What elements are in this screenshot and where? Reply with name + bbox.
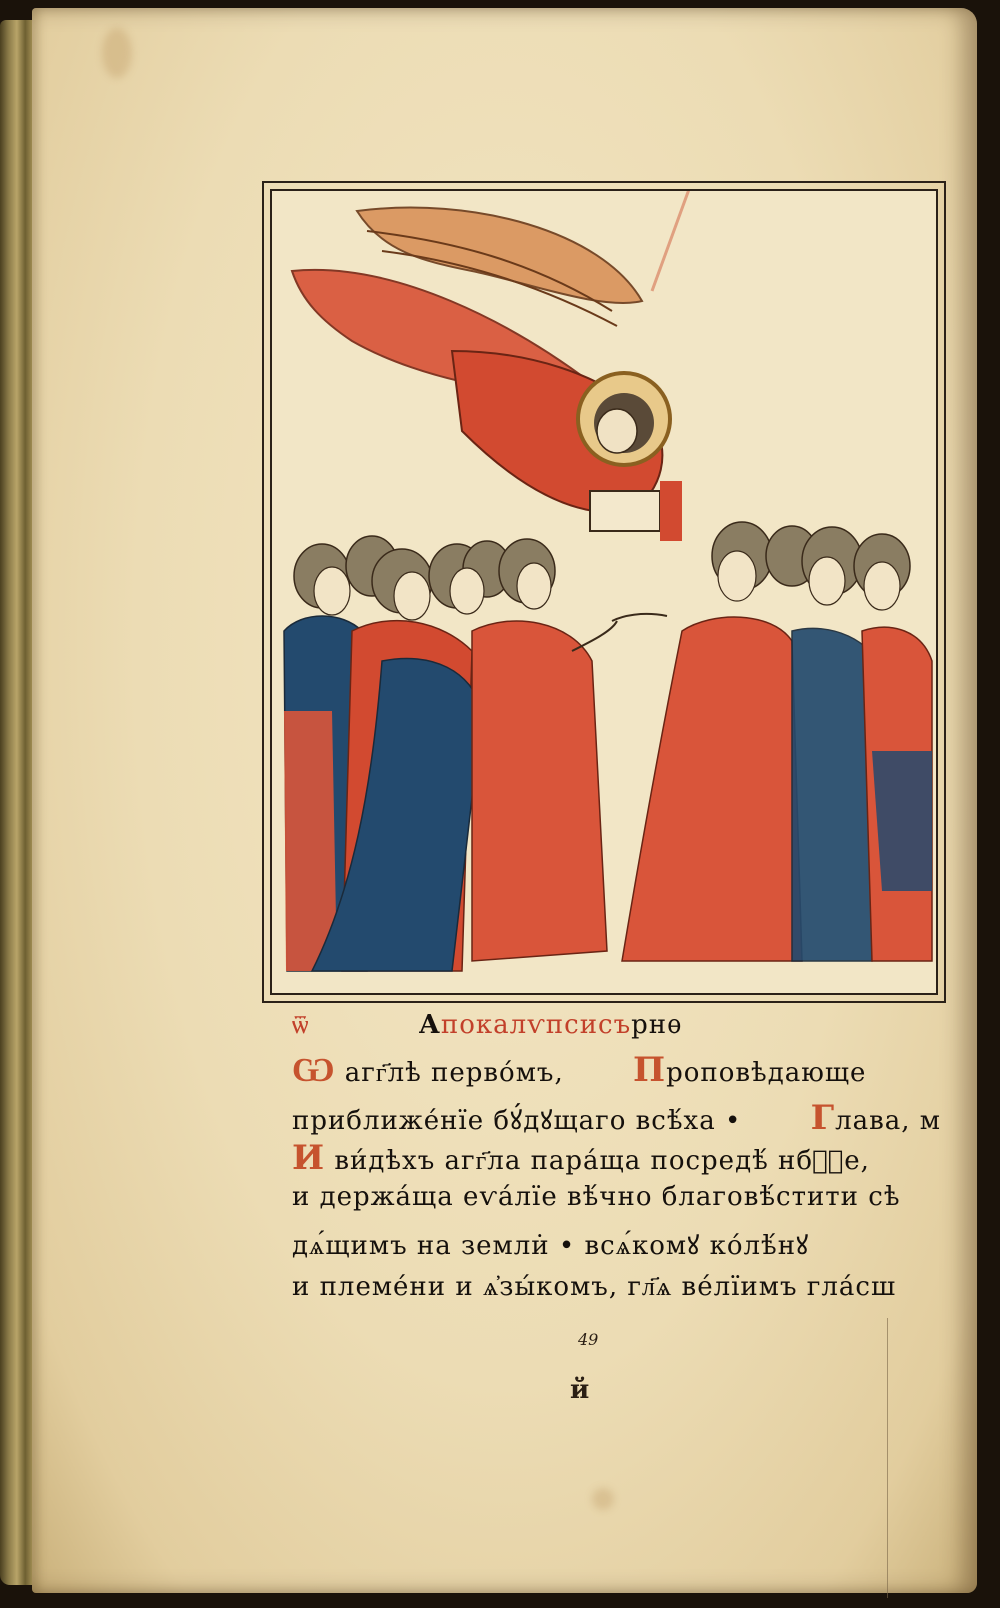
text-line-2: приближе́нїе бꙋ́дꙋщаго всѣ́ха • Глава, м <box>292 1098 941 1138</box>
heading-suffix: рнѳ <box>631 1010 682 1040</box>
text-line-6: и племе́ни и ѧ҆зы́комъ, гл҃ѧ ве́лїимъ гл… <box>292 1272 896 1302</box>
line-text: ви́дѣхъ агг҃ла пара́ща посредѣ́ нбⷭ҇е, <box>334 1146 869 1176</box>
text-line-4: и держа́ща еѵа́лїе вѣ́чно благовѣ́стити … <box>292 1182 901 1212</box>
heading-black-initial: А <box>419 1010 441 1040</box>
rubric-initial: Г <box>811 1098 835 1138</box>
drop-initial: Ѡ <box>292 1050 336 1090</box>
page-number: 49 <box>578 1330 598 1349</box>
line-text: лава, м <box>835 1106 941 1136</box>
stain <box>102 28 132 78</box>
miniature-illustration <box>270 189 938 995</box>
text-line-1: Ѡ агг҃лѣ перво́мъ, Проповѣдающе <box>292 1050 866 1090</box>
line-text: приближе́нїе бꙋ́дꙋщаго всѣ́ха • <box>292 1106 741 1136</box>
text-line-5: дѧ́щимъ на земли̇ • всѧ́комꙋ ко́лѣ́нꙋ <box>292 1226 809 1262</box>
drop-initial: И <box>292 1138 325 1178</box>
superscript-initial: ѿ <box>292 1010 309 1040</box>
catchword: й <box>570 1375 589 1405</box>
line-text: агг҃лѣ перво́мъ, <box>345 1058 564 1088</box>
heading-title: покалѵпсисъ <box>441 1010 631 1040</box>
paper-crack <box>887 1318 888 1598</box>
line-text: и племе́ни и ѧ҆зы́комъ, гл҃ѧ ве́лїимъ гл… <box>292 1272 896 1302</box>
heading-line: ѿ Апокалѵпсисърнѳ <box>292 1010 682 1040</box>
text-line-3: И ви́дѣхъ агг҃ла пара́ща посредѣ́ нбⷭ҇е, <box>292 1138 870 1178</box>
angel-and-apostles-illustration <box>272 191 936 993</box>
miniature-frame <box>262 181 946 1003</box>
line-text: и держа́ща еѵа́лїе вѣ́чно благовѣ́стити … <box>292 1182 901 1212</box>
line-text: роповѣдающе <box>666 1058 866 1088</box>
line-text: дѧ́щимъ на земли̇ • всѧ́комꙋ ко́лѣ́нꙋ <box>292 1231 809 1261</box>
rubric-initial: П <box>633 1050 666 1090</box>
stain <box>592 1488 614 1510</box>
